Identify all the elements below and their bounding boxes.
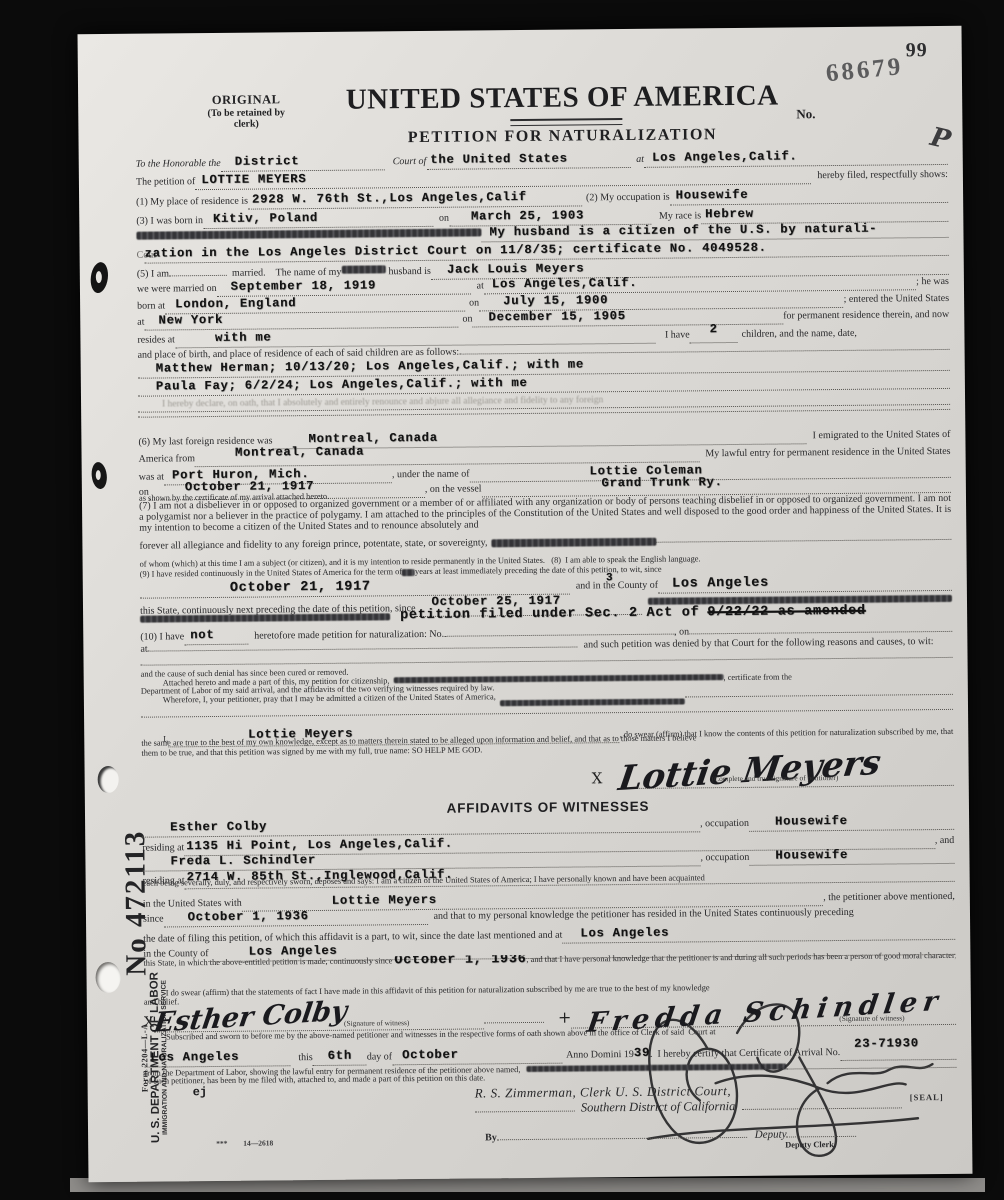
wit-county-entry: Los Angeles — [249, 944, 338, 959]
ink-blot-highlight — [96, 470, 101, 480]
q3-label: (3) I was born in — [136, 215, 203, 227]
original-sub2: clerk) — [186, 118, 306, 130]
to-honorable-label: To the Honorable the — [136, 158, 221, 170]
child1-entry: Matthew Herman; 10/13/20; Los Angeles,Ca… — [156, 357, 584, 375]
husband-birthdate-entry: July 15, 1900 — [503, 293, 608, 308]
punch-hole — [95, 962, 120, 993]
petition-number-stamp: 68679 — [825, 53, 905, 88]
petition-paper: 99 68679 No. P ORIGINAL (To be retained … — [78, 26, 973, 1182]
county-entry: Los Angeles — [672, 576, 769, 592]
page-subtitle: PETITION FOR NATURALIZATION — [330, 125, 794, 147]
residence-entry: 2928 W. 76th St.,Los Angeles,Calif — [252, 190, 527, 207]
witness1-name-entry: Esther Colby — [170, 819, 267, 834]
certify-label: . I hereby certify that Certificate of A… — [650, 1047, 840, 1060]
bleedthrough-text: I hereby declare, on oath, that I absolu… — [162, 395, 603, 409]
scanned-document: 99 68679 No. P ORIGINAL (To be retained … — [0, 0, 1004, 1200]
resided-since-entry: October 21, 1917 — [230, 579, 371, 595]
lawful-label: My lawful entry for permanent residence … — [699, 446, 950, 460]
page-corner-number: 99 — [906, 39, 928, 62]
day-of-label: day of — [367, 1051, 392, 1062]
entry-port-entry: New York — [158, 313, 223, 328]
court-of-label: Court of — [385, 156, 427, 168]
strikeout-sovereignty — [491, 538, 656, 548]
known-since-entry: October 1, 1936 — [187, 909, 308, 924]
i-have-label: I have — [655, 329, 690, 341]
race-label: My race is — [651, 210, 701, 222]
birthplace-entry: Kitiv, Poland — [213, 211, 318, 226]
anno-label: Anno Domini 19 — [562, 1049, 634, 1061]
q10-tail-label: heretofore made petition for naturalizat… — [248, 629, 444, 642]
marriage-date-entry: September 18, 1919 — [231, 278, 377, 293]
perm-label: for permanent residence therein, and now — [783, 309, 949, 322]
america-from-label: America from — [139, 453, 195, 465]
shown-label: as shown by the certificate of my arriva… — [139, 492, 329, 503]
this-label: this — [290, 1052, 313, 1063]
title-double-rule — [510, 118, 622, 126]
children-tail-label: children, and the name, date, — [738, 328, 857, 340]
resides-entry: with me — [215, 330, 272, 345]
petition-of-label: The petition of — [136, 176, 196, 188]
born-at-label: born at — [137, 300, 165, 311]
strikeout-state-tail — [647, 595, 952, 605]
oath-text3: them to be true, and that this petition … — [141, 745, 482, 758]
q1-label: (1) My place of residence is — [136, 196, 248, 208]
strikeout-declaration — [136, 228, 481, 239]
q5-at-label: at — [471, 280, 484, 291]
sworn-place-entry: Los Angeles — [150, 1050, 239, 1065]
hereby-label: hereby filed, respectfully shows: — [811, 169, 948, 181]
occupation-entry: Housewife — [676, 188, 749, 203]
married-on-label: we were married on — [137, 283, 217, 295]
husband-birthplace-entry: London, England — [175, 296, 296, 311]
emigrated-label: I emigrated to the United States of — [807, 429, 951, 442]
q5-on2-label: on — [458, 313, 472, 324]
strikeout-amended-lead — [140, 613, 390, 622]
witness2-name-entry: Freda L. Schindler — [170, 853, 316, 868]
amended-entry1: petition filed under Sec. 2 Act of — [400, 605, 699, 623]
q10-on-label: , on — [674, 626, 689, 637]
district-line: Southern District of California — [575, 1099, 742, 1115]
since-tail-label: and that to my personal knowledge the pe… — [427, 907, 853, 922]
strikeout-wherefore — [500, 698, 685, 706]
deputy-clerk-label: Deputy Clerk. — [785, 1140, 836, 1150]
not-entry: not — [190, 628, 214, 642]
from2-label: of such petitioner, has been by me filed… — [145, 1073, 486, 1086]
occupation-label-1: , occupation — [700, 818, 749, 830]
no-label: No. — [796, 106, 815, 122]
q10-label: (10) I have — [140, 631, 184, 643]
deputy-label: Deputy — [747, 1129, 787, 1142]
emigrated-from-entry: Montreal, Canada — [235, 445, 364, 460]
month-entry: October — [402, 1048, 459, 1063]
county-label: and in the County of — [570, 580, 658, 592]
at-label: at — [630, 154, 644, 165]
q10-at-label: at — [140, 644, 147, 655]
amended-entry2-struck: 9/22/22 as amended — [707, 604, 866, 621]
forever-label: forever all allegiance and fidelity to a… — [139, 538, 487, 553]
petitioner-sig-caption: (Complete and true signature of petition… — [712, 773, 839, 783]
wit-county-label: in the County of — [143, 948, 208, 960]
certificate-no-entry: 23-71930 — [854, 1036, 919, 1051]
resides-at-label: resides at — [137, 334, 175, 346]
petitioner-name-entry: LOTTIE MEYERS — [201, 172, 306, 187]
q2-label: (2) My occupation is — [582, 192, 670, 204]
denied-label: and such petition was denied by that Cou… — [578, 636, 934, 651]
day-entry: 6th — [328, 1049, 352, 1063]
punch-hole — [98, 766, 119, 793]
witness2-occupation-entry: Housewife — [775, 848, 848, 863]
original-label: ORIGINAL — [186, 92, 306, 108]
strikeout-years — [402, 569, 415, 576]
court-entry: the United States — [430, 152, 567, 167]
form-body: To the Honorable the District Court of t… — [136, 146, 958, 1157]
race-entry: Hebrew — [705, 207, 754, 221]
he-was-label: ; he was — [916, 276, 949, 288]
marriage-place-entry: Los Angeles,Calif. — [492, 276, 638, 291]
page-title: UNITED STATES OF AMERICA — [330, 79, 794, 116]
ink-blot-highlight — [96, 271, 102, 283]
children-count-entry: 2 — [709, 322, 717, 336]
at-entry: Los Angeles,Calif. — [652, 149, 798, 164]
q5-at2-label: at — [137, 317, 144, 328]
by-label: By — [485, 1132, 497, 1143]
witness1-occupation-entry: Housewife — [775, 814, 848, 829]
witness1-sig-caption: (Signature of witness) — [344, 1018, 409, 1028]
q5-on-label: on — [465, 297, 479, 308]
since-label: since — [143, 913, 164, 924]
husband-entrydate-entry: December 15, 1905 — [488, 309, 625, 324]
year-entry: 39 — [634, 1046, 650, 1060]
husband-citizen-entry: My husband is a citizen of the U.S. by n… — [489, 222, 877, 240]
occupation-label-2: , occupation — [700, 852, 749, 864]
birthdate-entry: March 25, 1903 — [471, 208, 584, 223]
foreign-residence-entry: Montreal, Canada — [308, 431, 437, 446]
court-name-entry: District — [235, 154, 300, 169]
wherefore-label: Wherefore, I, your petitioner, pray that… — [141, 692, 496, 705]
q3-on-label: on — [433, 213, 449, 224]
strikeout-wife — [341, 265, 385, 273]
witness2-sig-caption: (Signature of witness) — [839, 1013, 904, 1023]
